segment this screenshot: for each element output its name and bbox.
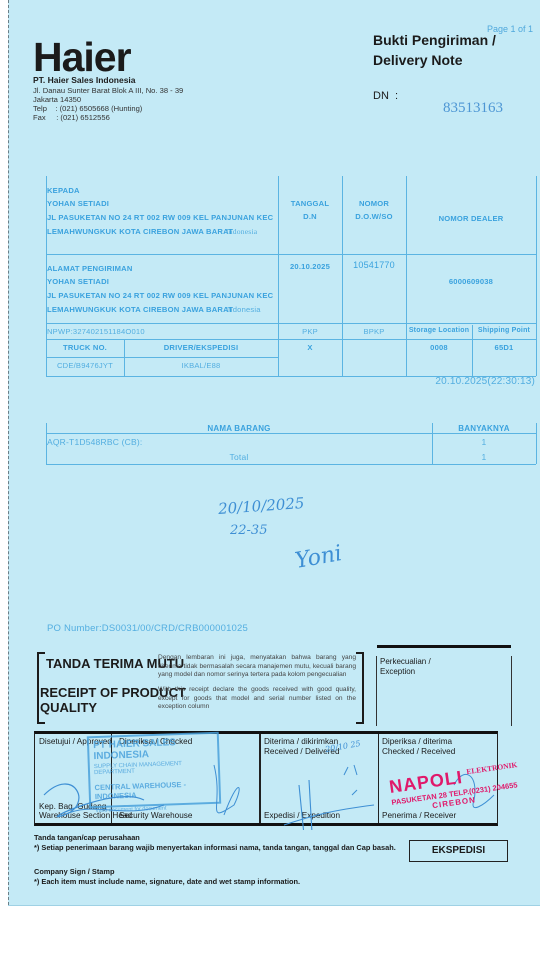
shipping-address-line1: JL PASUKETAN NO 24 RT 002 RW 009 KEL PAN… bbox=[47, 291, 273, 300]
company-fax: Fax : (021) 6512556 bbox=[33, 113, 110, 122]
item-name-header: NAMA BARANG bbox=[46, 424, 432, 433]
npwp: NPWP:327402151184O010 bbox=[47, 327, 145, 336]
document-title-line2: Delivery Note bbox=[373, 50, 496, 70]
nomor-sublabel: D.O.W/SO bbox=[342, 212, 406, 221]
recipient-name: YOHAN SETIADI bbox=[47, 199, 109, 208]
recipient-address-line2: LEMAHWUNGKUK KOTA CIREBON JAWA BARAT bbox=[47, 227, 233, 236]
pkp-value: X bbox=[278, 343, 342, 352]
driver-value: IKBAL/E88 bbox=[124, 361, 278, 370]
exception-label: Perkecualian / Exception bbox=[380, 657, 431, 677]
nomor-label: NOMOR bbox=[342, 199, 406, 208]
company-phone: Telp : (021) 6505668 (Hunting) bbox=[33, 104, 142, 113]
item-row-name: AQR-T1D548RBC (CB): bbox=[47, 437, 142, 447]
item-qty-header: BANYAKNYA bbox=[432, 424, 536, 433]
bpkp-label: BPKP bbox=[342, 327, 406, 336]
recipient-address-line1: JL PASUKETAN NO 24 RT 002 RW 009 KEL PAN… bbox=[47, 213, 273, 222]
dn-number: 83513163 bbox=[443, 100, 503, 117]
driver-label: DRIVER/EKSPEDISI bbox=[124, 343, 278, 352]
company-address-line: Jl. Danau Sunter Barat Blok A III, No. 3… bbox=[33, 86, 183, 95]
truck-value: CDE/B9476JYT bbox=[46, 361, 124, 370]
note-id: *) Setiap penerimaan barang wajib menyer… bbox=[34, 843, 396, 852]
storage-location-label: Storage Location bbox=[406, 327, 472, 334]
total-qty: 1 bbox=[432, 452, 536, 462]
storage-location-value: 0008 bbox=[406, 343, 472, 352]
note-en: *) Each item must include name, signatur… bbox=[34, 877, 300, 886]
receipt-text-id: Dengan lembaran ini juga, menyatakan bah… bbox=[158, 654, 356, 680]
document-title-line1: Bukti Pengiriman / bbox=[373, 30, 496, 50]
print-timestamp: 20.10.2025(22:30:13) bbox=[420, 376, 535, 387]
shipping-point-value: 65D1 bbox=[472, 343, 536, 352]
document-title: Bukti Pengiriman / Delivery Note bbox=[373, 30, 496, 70]
kepada-label: KEPADA bbox=[47, 186, 80, 195]
haier-logo: Haier bbox=[33, 34, 131, 81]
copy-label-ekspedisi: EKSPEDISI bbox=[409, 840, 508, 862]
shipping-label: ALAMAT PENGIRIMAN bbox=[47, 264, 133, 273]
company-name: PT. Haier Sales Indonesia bbox=[33, 75, 136, 85]
item-row-qty: 1 bbox=[432, 437, 536, 447]
dn-label: DN : bbox=[373, 90, 398, 102]
shipping-point-label: Shipping Point bbox=[472, 327, 536, 334]
company-sign-id: Tanda tangan/cap perusahaan bbox=[34, 833, 140, 842]
perforated-edge bbox=[8, 0, 11, 905]
dealer-header: NOMOR DEALER bbox=[406, 214, 536, 223]
pkp-label: PKP bbox=[278, 327, 342, 336]
exception-label-line1: Perkecualian / bbox=[380, 657, 431, 667]
tanggal-sublabel: D.N bbox=[278, 212, 342, 221]
tanggal-header: TANGGAL D.N bbox=[278, 199, 342, 221]
truck-label: TRUCK NO. bbox=[46, 343, 124, 352]
shipping-country: Indonesia bbox=[226, 305, 261, 314]
nomor-value: 10541770 bbox=[342, 260, 406, 270]
company-address-line: Jakarta 14350 bbox=[33, 95, 81, 104]
company-sign-en: Company Sign / Stamp bbox=[34, 867, 115, 876]
tanggal-label: TANGGAL bbox=[278, 199, 342, 208]
receipt-text-en: With this receipt declare the goods rece… bbox=[158, 686, 356, 712]
shipping-name: YOHAN SETIADI bbox=[47, 277, 109, 286]
nomor-header: NOMOR D.O.W/SO bbox=[342, 199, 406, 221]
tanggal-value: 20.10.2025 bbox=[278, 262, 342, 271]
shipping-address-line2: LEMAHWUNGKUK KOTA CIREBON JAWA BARAT bbox=[47, 305, 233, 314]
exception-label-line2: Exception bbox=[380, 667, 431, 677]
total-label: Total bbox=[46, 452, 432, 462]
dealer-value: 6000609038 bbox=[406, 277, 536, 286]
po-number: PO Number:DS0031/00/CRD/CRB000001025 bbox=[47, 623, 248, 634]
handwritten-time: 22-35 bbox=[230, 523, 267, 538]
recipient-country: Indonesia bbox=[226, 227, 257, 236]
